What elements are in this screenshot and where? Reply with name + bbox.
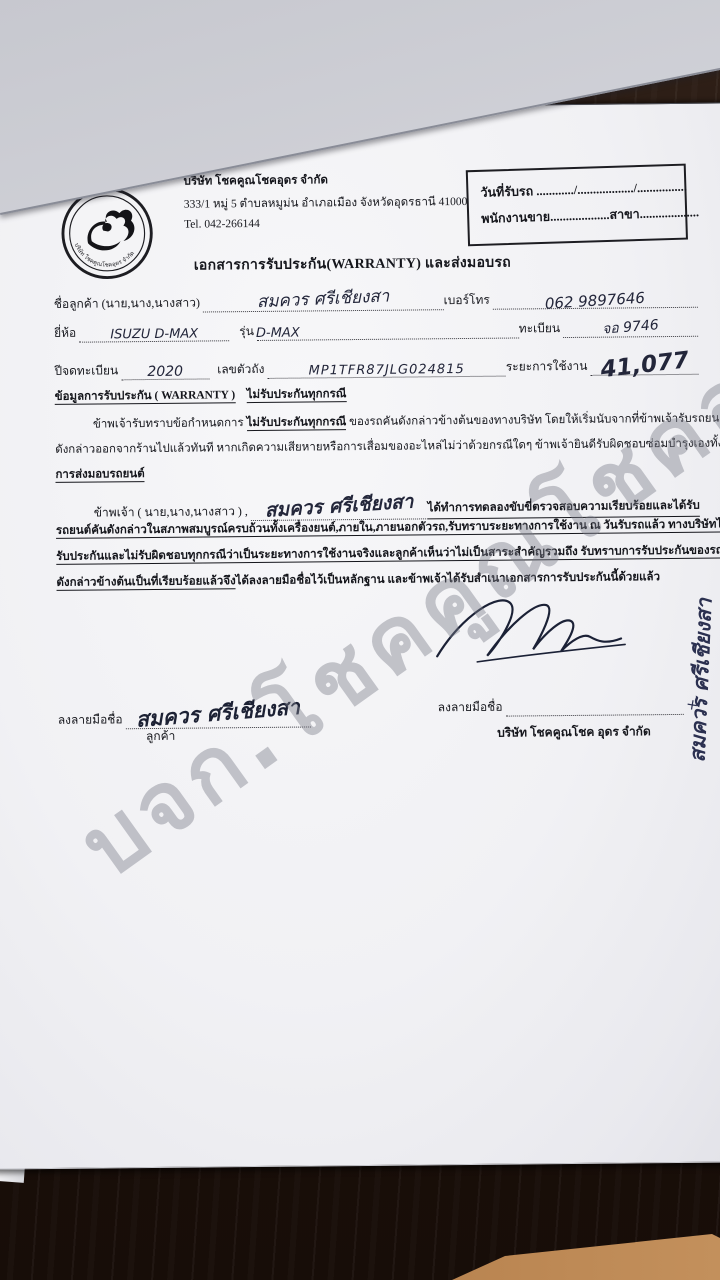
company-phone: Tel. 042-266144 (184, 218, 260, 231)
phone-label: เบอร์โทร (444, 291, 493, 310)
delivery-line3-text: รับประกันและไม่รับผิดชอบทุกกรณีว่าเป็นระ… (56, 544, 720, 565)
form-row-customer: ชื่อลูกค้า (นาย,นาง,นางสาว) สมควร ศรีเชี… (54, 280, 698, 314)
customer-name-field: สมควร ศรีเชียงสา (203, 282, 444, 312)
vin-label: เลขตัวถัง (209, 360, 268, 380)
brand-field: ISUZU D-MAX (79, 325, 229, 342)
plate-handwriting: จอ 9746 (601, 314, 659, 340)
form-row-registration: ปีจดทะเบียน 2020 เลขตัวถัง MP1TFR87JLG02… (54, 348, 698, 381)
warranty-para1-post: ของรถคันดังกล่าวข้างต้นของทางบริษัท โดยใ… (346, 412, 720, 428)
date-received-box: วันที่รับรถ ............/...............… (466, 164, 688, 247)
mileage-handwriting: 41,077 (599, 347, 690, 383)
delivery-heading-text: การส่งมอบรถยนต์ (55, 468, 144, 483)
year-field: 2020 (121, 362, 209, 380)
salesperson-branch-line: พนักงานขาย...................สาขา.......… (481, 201, 676, 233)
model-field: D-MAX (257, 322, 519, 341)
customer-name-handwriting: สมควร ศรีเชียงสา (256, 282, 390, 315)
company-address: 333/1 หมู่ 5 ตำบลหมูม่น อำเภอเมือง จังหว… (184, 193, 468, 214)
company-signature-row: ลงลายมือชื่อ (438, 696, 688, 717)
plate-label: ทะเบียน (519, 319, 563, 338)
delivery-intro-label: ข้าพเจ้า ( นาย,นาง,นางสาว ) , (94, 502, 251, 523)
delivery-line4-underlined: ดังกล่าวข้างต้นเป็นที่เรียบร้อยแล้วจึง (56, 575, 235, 591)
vin-field: MP1TFR87JLG024815 (267, 361, 505, 379)
delivery-line1-tail: ได้ทำการทดลองขับขี่ตรวจสอบความเรียบร้อยแ… (428, 497, 700, 520)
brand-label: ยี่ห้อ (54, 324, 79, 343)
mileage-field: 41,077 (590, 348, 698, 376)
form-row-vehicle: ยี่ห้อ ISUZU D-MAX รุ่น D-MAX ทะเบียน จอ… (54, 314, 698, 343)
plate-field: จอ 9746 (563, 314, 698, 338)
warranty-document-sheet: บริษัท โชคคูณโชคอุดร จำกัด บริษัท โชคคูณ… (0, 102, 720, 1169)
phone-field: 062 9897646 (493, 289, 698, 310)
company-signature-field (506, 714, 684, 717)
phone-handwriting: 062 9897646 (545, 289, 646, 313)
model-handwriting: D-MAX (256, 326, 300, 341)
delivery-paragraph-line3: รับประกันและไม่รับผิดชอบทุกกรณีว่าเป็นระ… (56, 544, 698, 565)
customer-label: ชื่อลูกค้า (นาย,นาง,นางสาว) (54, 294, 203, 314)
warranty-paragraph-line1: ข้าพเจ้ารับทราบข้อกำหนดการ ไม่รับประกันท… (55, 412, 697, 433)
company-signature (423, 582, 639, 679)
warranty-paragraph-line2: ดังกล่าวออกจากร้านไปแล้วทันที หากเกิดควา… (55, 437, 697, 458)
vin-handwriting: MP1TFR87JLG024815 (309, 362, 465, 378)
year-label: ปีจดทะเบียน (54, 361, 121, 381)
delivery-intro-row: ข้าพเจ้า ( นาย,นาง,นางสาว ) , สมควร ศรีเ… (56, 486, 700, 523)
company-signature-label: ลงลายมือชื่อ (438, 698, 506, 718)
warranty-heading: ข้อมูลการรับประกัน ( WARRANTY ) ไม่รับปร… (55, 384, 697, 405)
delivery-name-field: สมควร ศรีเชียงสา (251, 488, 428, 521)
delivery-heading: การส่งมอบรถยนต์ (55, 462, 697, 483)
company-role-label: บริษัท โชคคูณโชค อุดร จำกัด (464, 722, 684, 743)
warranty-para1-pre: ข้าพเจ้ารับทราบข้อกำหนดการ (93, 417, 247, 430)
customer-role-label: ลูกค้า (146, 727, 176, 746)
warranty-para1-bold: ไม่รับประกันทุกกรณี (246, 416, 346, 431)
customer-signature-field: สมควร ศรีเชียงสา (125, 693, 310, 729)
customer-signature-row: ลงลายมือชื่อ สมควร ศรีเชียงสา (58, 693, 338, 730)
year-handwriting: 2020 (147, 364, 183, 380)
brand-handwriting: ISUZU D-MAX (110, 327, 198, 343)
warranty-heading-main: ข้อมูลการรับประกัน ( WARRANTY ) (55, 389, 236, 405)
mileage-label: ระยะการใช้งาน (506, 357, 591, 377)
customer-signature-label: ลงลายมือชื่อ (58, 710, 126, 730)
margin-plus-mark: + (682, 697, 702, 712)
company-name: บริษัท โชคคูณโชคอุดร จำกัด (184, 171, 328, 190)
model-label: รุ่น (229, 322, 257, 341)
warranty-heading-note: ไม่รับประกันทุกกรณี (247, 388, 347, 403)
